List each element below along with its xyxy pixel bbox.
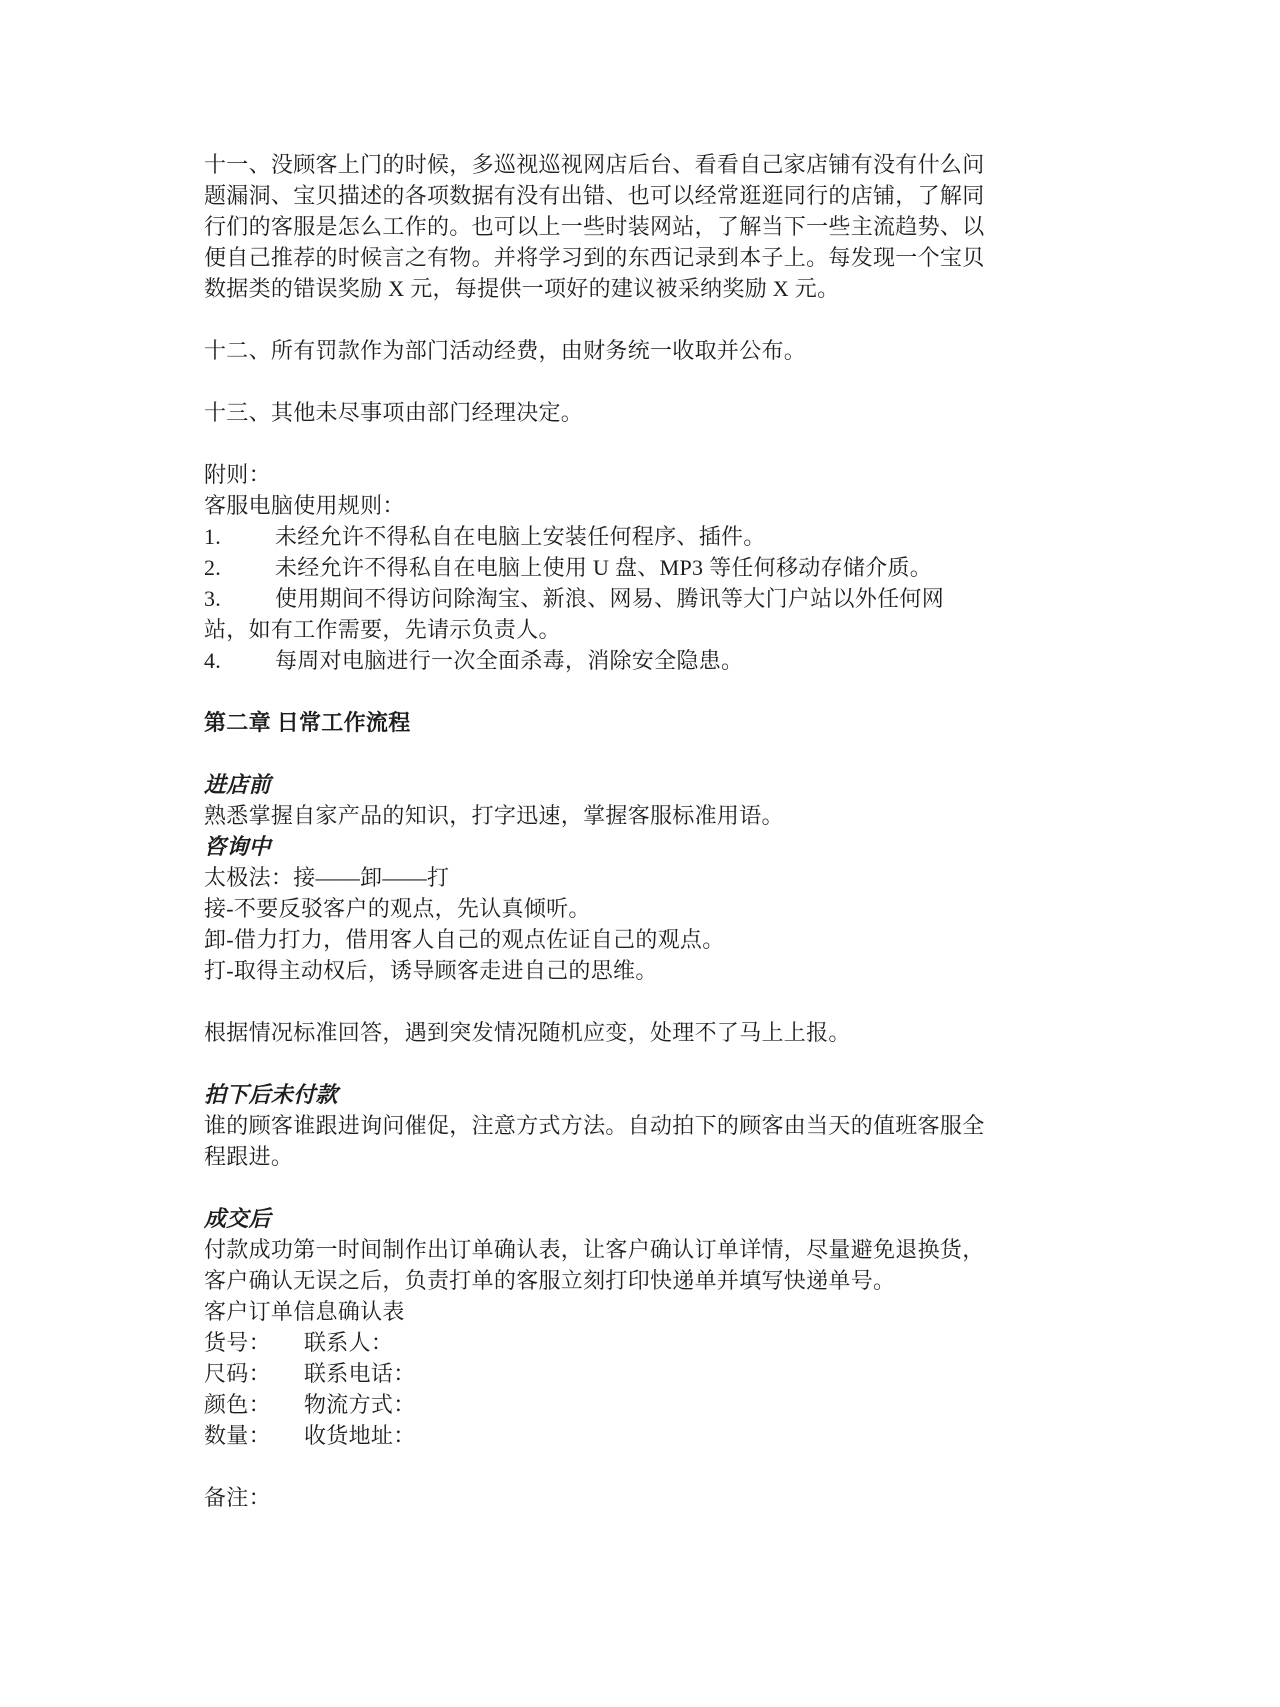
paragraph-line: 客户订单信息确认表 [204, 1296, 1084, 1327]
paragraph-line: 接-不要反驳客户的观点，先认真倾听。 [204, 893, 1084, 924]
section-subheading: 咨询中 [204, 831, 1084, 862]
blank-line [204, 676, 1084, 707]
paragraph-line: 题漏洞、宝贝描述的各项数据有没有出错、也可以经常逛逛同行的店铺，了解同 [204, 180, 1084, 211]
field-label-right: 物流方式： [304, 1392, 416, 1417]
paragraph-line: 站，如有工作需要，先请示负责人。 [204, 614, 1084, 645]
paragraph-line: 十三、其他未尽事项由部门经理决定。 [204, 397, 1084, 428]
paragraph-line: 附则： [204, 459, 1084, 490]
order-form-field-row: 尺码：联系电话： [204, 1358, 1084, 1389]
list-item: 2.未经允许不得私自在电脑上使用 U 盘、MP3 等任何移动存储介质。 [204, 552, 1084, 583]
list-item-text: 每周对电脑进行一次全面杀毒，消除安全隐患。 [275, 648, 743, 673]
blank-line [204, 366, 1084, 397]
section-subheading: 进店前 [204, 769, 1084, 800]
paragraph-line: 付款成功第一时间制作出订单确认表，让客户确认订单详情，尽量避免退换货， [204, 1234, 1084, 1265]
field-label-left: 货号： [204, 1327, 304, 1358]
paragraph-line: 客户确认无误之后，负责打单的客服立刻打印快递单并填写快递单号。 [204, 1265, 1084, 1296]
paragraph-line: 十一、没顾客上门的时候，多巡视巡视网店后台、看看自己家店铺有没有什么问 [204, 149, 1084, 180]
paragraph-line: 太极法：接——卸——打 [204, 862, 1084, 893]
order-form-field-row: 数量：收货地址： [204, 1420, 1084, 1451]
list-item: 4.每周对电脑进行一次全面杀毒，消除安全隐患。 [204, 645, 1084, 676]
paragraph-line: 备注： [204, 1482, 1084, 1513]
blank-line [204, 304, 1084, 335]
section-subheading: 成交后 [204, 1203, 1084, 1234]
field-label-left: 颜色： [204, 1389, 304, 1420]
field-label-right: 联系电话： [304, 1361, 416, 1386]
paragraph-line: 客服电脑使用规则： [204, 490, 1084, 521]
blank-line [204, 986, 1084, 1017]
paragraph-line: 谁的顾客谁跟进询问催促，注意方式方法。自动拍下的顾客由当天的值班客服全 [204, 1110, 1084, 1141]
field-label-right: 收货地址： [304, 1423, 416, 1448]
list-item: 1.未经允许不得私自在电脑上安装任何程序、插件。 [204, 521, 1084, 552]
section-subheading: 拍下后未付款 [204, 1079, 1084, 1110]
list-item-text: 使用期间不得访问除淘宝、新浪、网易、腾讯等大门户站以外任何网 [275, 586, 944, 611]
field-label-right: 联系人： [304, 1330, 393, 1355]
blank-line [204, 428, 1084, 459]
list-item-marker: 2. [204, 552, 275, 583]
paragraph-line: 打-取得主动权后，诱导顾客走进自己的思维。 [204, 955, 1084, 986]
blank-line [204, 1172, 1084, 1203]
blank-line [204, 1048, 1084, 1079]
paragraph-line: 行们的客服是怎么工作的。也可以上一些时装网站，了解当下一些主流趋势、以 [204, 211, 1084, 242]
paragraph-line: 数据类的错误奖励 X 元，每提供一项好的建议被采纳奖励 X 元。 [204, 273, 1084, 304]
paragraph-line: 便自己推荐的时候言之有物。并将学习到的东西记录到本子上。每发现一个宝贝 [204, 242, 1084, 273]
document-page: 十一、没顾客上门的时候，多巡视巡视网店后台、看看自己家店铺有没有什么问题漏洞、宝… [0, 0, 1280, 1707]
list-item: 3.使用期间不得访问除淘宝、新浪、网易、腾讯等大门户站以外任何网 [204, 583, 1084, 614]
paragraph-line: 卸-借力打力，借用客人自己的观点佐证自己的观点。 [204, 924, 1084, 955]
blank-line [204, 1451, 1084, 1482]
blank-line [204, 738, 1084, 769]
list-item-text: 未经允许不得私自在电脑上使用 U 盘、MP3 等任何移动存储介质。 [275, 555, 932, 580]
list-item-marker: 3. [204, 583, 275, 614]
chapter-heading: 第二章 日常工作流程 [204, 707, 1084, 738]
document-content: 十一、没顾客上门的时候，多巡视巡视网店后台、看看自己家店铺有没有什么问题漏洞、宝… [204, 149, 1084, 1513]
list-item-marker: 4. [204, 645, 275, 676]
field-label-left: 数量： [204, 1420, 304, 1451]
order-form-field-row: 颜色：物流方式： [204, 1389, 1084, 1420]
paragraph-line: 程跟进。 [204, 1141, 1084, 1172]
paragraph-line: 根据情况标准回答，遇到突发情况随机应变，处理不了马上上报。 [204, 1017, 1084, 1048]
list-item-marker: 1. [204, 521, 275, 552]
field-label-left: 尺码： [204, 1358, 304, 1389]
paragraph-line: 熟悉掌握自家产品的知识，打字迅速，掌握客服标准用语。 [204, 800, 1084, 831]
list-item-text: 未经允许不得私自在电脑上安装任何程序、插件。 [275, 524, 766, 549]
order-form-field-row: 货号：联系人： [204, 1327, 1084, 1358]
paragraph-line: 十二、所有罚款作为部门活动经费，由财务统一收取并公布。 [204, 335, 1084, 366]
